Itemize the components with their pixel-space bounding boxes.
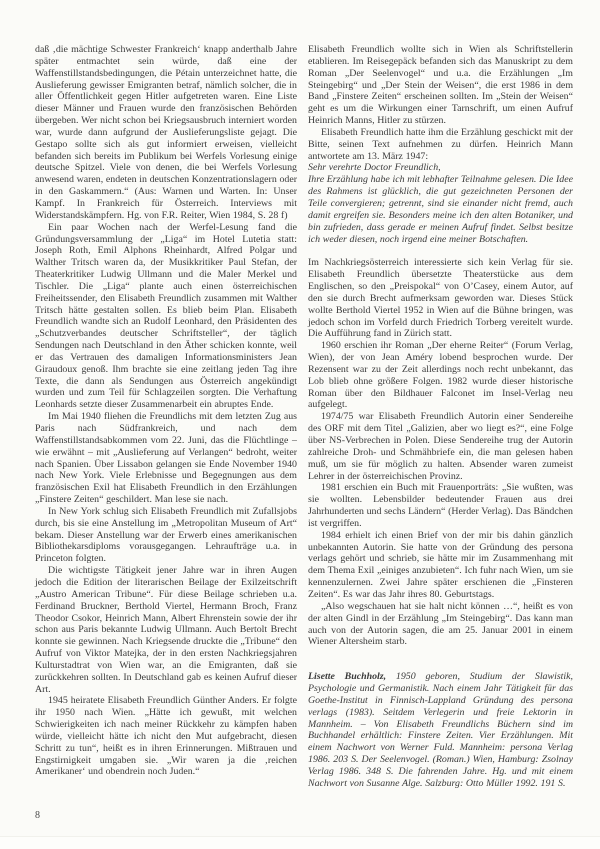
paragraph: 1981 erschien ein Buch mit Frauenporträt… [308, 482, 573, 529]
paragraph: Elisabeth Freundlich hatte ihm die Erzäh… [308, 127, 573, 163]
paragraph: Elisabeth Freundlich wollte sich in Wien… [308, 44, 573, 127]
paragraph: Im Mai 1940 fliehen die Freundlichs mit … [35, 411, 297, 506]
right-column: Elisabeth Freundlich wollte sich in Wien… [308, 44, 573, 790]
paragraph: Sehr verehrte Doctor Freundlich, [308, 162, 573, 174]
page-number: 8 [35, 810, 40, 821]
paragraph: Ein paar Wochen nach der Werfel-Lesung f… [35, 222, 297, 412]
paragraph: daß ‚die mächtige Schwester Frankreich‘ … [35, 44, 297, 222]
paragraph: In New York schlug sich Elisabeth Freund… [35, 506, 297, 565]
book-page: daß ‚die mächtige Schwester Frankreich‘ … [0, 0, 600, 849]
paragraph: 1984 erhielt ich einen Brief von der mir… [308, 530, 573, 601]
paragraph: 1945 heiratete Elisabeth Freundlich Günt… [35, 695, 297, 778]
author-bio-text: 1950 geboren, Studium der Slawistik, Psy… [308, 671, 573, 789]
paragraph: 1960 erschien ihr Roman „Der eherne Reit… [308, 340, 573, 411]
text-columns: daß ‚die mächtige Schwester Frankreich‘ … [0, 0, 600, 790]
author-bio-name: Lisette Buchholz, [308, 671, 386, 682]
paragraph: Im Nachkriegsösterreich interessierte si… [308, 257, 573, 340]
paragraph: Ihre Erzählung habe ich mit lebhafter Te… [308, 174, 573, 245]
paragraph: „Also wegschauen hat sie halt nicht könn… [308, 601, 573, 648]
page-bottom-edge [0, 836, 600, 849]
paragraph: Lisette Buchholz, 1950 geboren, Studium … [308, 671, 573, 789]
left-column: daß ‚die mächtige Schwester Frankreich‘ … [35, 44, 297, 790]
paragraph: Die wichtigste Tätigkeit jener Jahre war… [35, 565, 297, 695]
paragraph: 1974/75 war Elisabeth Freundlich Autorin… [308, 411, 573, 482]
